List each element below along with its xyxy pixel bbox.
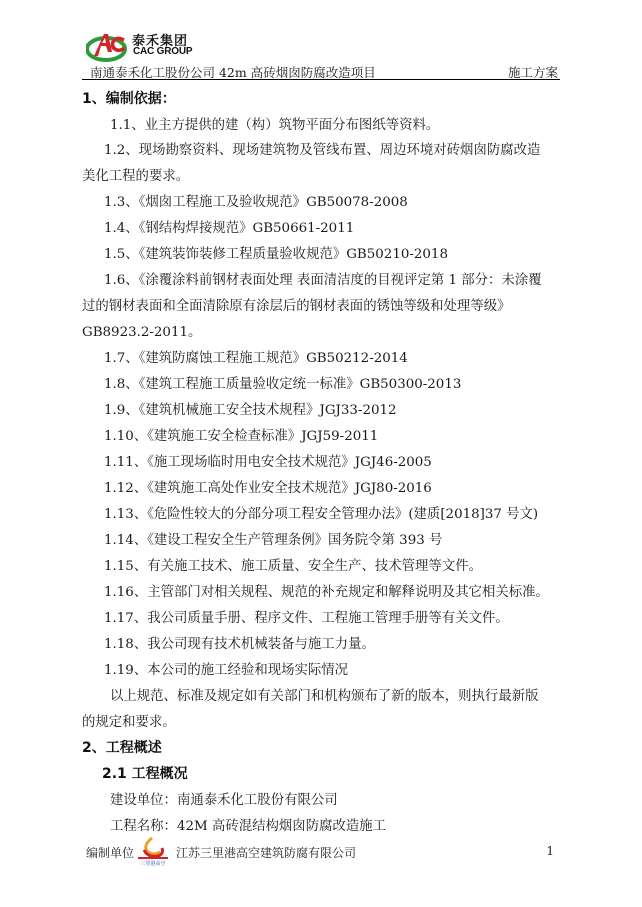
basis-item: 1.13、《危险性较大的分部分项工程安全管理办法》(建质[2018]37 号文) <box>104 503 538 522</box>
basis-item: 1.1、业主方提供的建（构）筑物平面分布图纸等资料。 <box>110 114 439 133</box>
basis-item: 1.12、《建筑施工高处作业安全技术规范》JGJ80-2016 <box>104 477 432 496</box>
basis-item-continued: 美化工程的要求。 <box>82 165 189 184</box>
basis-item: 1.17、我公司质量手册、程序文件、工程施工管理手册等有关文件。 <box>104 607 509 626</box>
svg-text:三里港高空: 三里港高空 <box>140 860 165 866</box>
basis-item: 1.4、《钢结构焊接规范》GB50661-2011 <box>104 217 354 236</box>
basis-item: 1.6、《涂覆涂料前钢材表面处理 表面清洁度的目视评定第 1 部分：未涂覆 <box>104 269 542 288</box>
basis-item-continued: GB8923.2-2011。 <box>82 321 201 340</box>
basis-item: 1.11、《施工现场临时用电安全技术规范》JGJ46-2005 <box>104 451 432 470</box>
section-2-heading: 2、工程概述 <box>82 737 162 757</box>
footer-company-name: 江苏三里港高空建筑防腐有限公司 <box>176 844 356 861</box>
document-page: 泰禾集团 CAC GROUP 南通泰禾化工股份公司 42m 高砖烟囱防腐改造项目… <box>0 0 642 907</box>
section-1-heading: 1、编制依据： <box>82 88 176 108</box>
revision-note-continued: 的规定和要求。 <box>82 711 176 730</box>
basis-item: 1.2、现场勘察资料、现场建筑物及管线布置、周边环境对砖烟囱防腐改造 <box>104 139 540 158</box>
page-header: 南通泰禾化工股份公司 42m 高砖烟囱防腐改造项目 施工方案 <box>82 59 560 80</box>
basis-item: 1.9、《建筑机械施工安全技术规程》JGJ33-2012 <box>104 399 397 418</box>
basis-item: 1.16、主管部门对相关规程、规范的补充规定和解释说明及其它相关标准。 <box>104 581 549 600</box>
footer-label: 编制单位 <box>86 844 134 861</box>
client-row: 建设单位：南通泰禾化工股份有限公司 <box>110 789 338 808</box>
project-name-label: 工程名称： <box>110 819 177 834</box>
basis-item: 1.5、《建筑装饰装修工程质量验收规范》GB50210-2018 <box>104 243 448 262</box>
revision-note: 以上规范、标准及规定如有关部门和机构颁布了新的版本，则执行最新版 <box>110 685 539 704</box>
page-number: 1 <box>546 844 554 858</box>
section-2-1-heading: 2.1 工程概况 <box>102 763 188 783</box>
header-doc-type: 施工方案 <box>508 63 558 81</box>
basis-item-continued: 过的钢材表面和全面清除原有涂层后的钢材表面的锈蚀等级和处理等级》 <box>82 295 511 314</box>
basis-item: 1.14、《建设工程安全生产管理条例》国务院令第 393 号 <box>104 529 442 548</box>
page-footer: 编制单位 三里港高空 江苏三里港高空建筑防腐有限公司 1 <box>86 836 560 866</box>
logo-name-en: CAC GROUP <box>133 46 192 57</box>
basis-item: 1.3、《烟囱工程施工及验收规范》GB50078-2008 <box>104 191 408 210</box>
basis-item: 1.10、《建筑施工安全检查标准》JGJ59-2011 <box>104 425 378 444</box>
basis-item: 1.7、《建筑防腐蚀工程施工规范》GB50212-2014 <box>104 347 408 366</box>
project-name-value: 42M 高砖混结构烟囱防腐改造施工 <box>177 819 386 834</box>
basis-item: 1.8、《建筑工程施工质量验收定统一标准》GB50300-2013 <box>104 373 461 392</box>
sanligang-logo-icon: 三里港高空 <box>134 836 172 866</box>
client-label: 建设单位： <box>110 793 177 808</box>
basis-item: 1.19、本公司的施工经验和现场实际情况 <box>104 659 348 678</box>
client-value: 南通泰禾化工股份有限公司 <box>177 793 338 808</box>
header-project-title: 南通泰禾化工股份公司 42m 高砖烟囱防腐改造项目 <box>90 63 376 81</box>
cac-logo-icon <box>86 30 130 62</box>
basis-item: 1.18、我公司现有技术机械装备与施工力量。 <box>104 633 375 652</box>
project-name-row: 工程名称：42M 高砖混结构烟囱防腐改造施工 <box>110 815 386 834</box>
basis-item: 1.15、有关施工技术、施工质量、安全生产、技术管理等文件。 <box>104 555 482 574</box>
